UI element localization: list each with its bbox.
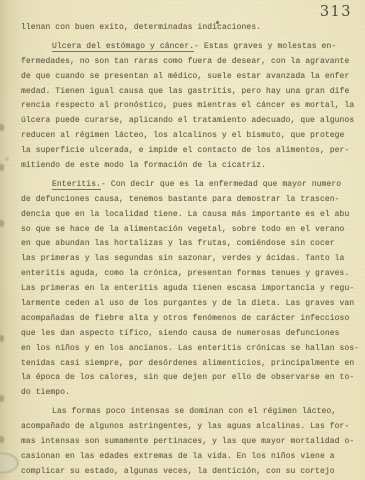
- text-line: la superficie ulcerada, e impide el cont…: [21, 144, 351, 159]
- text-line: rencia respecto al pronóstico, pues mien…: [21, 99, 351, 114]
- text-line: complicar su estado, algunas veces, la d…: [21, 465, 351, 480]
- scanned-document-page: 313 llenan con buen exito, determinadas …: [0, 0, 365, 480]
- text-line: larmente ceden al uso de los purgantes y…: [21, 297, 351, 312]
- text-line: Las formas poco intensas se dominan con …: [21, 405, 351, 420]
- page-number: 313: [320, 4, 352, 20]
- binding-edge-mark: [0, 436, 4, 443]
- paragraph: llenan con buen exito, determinadas indi…: [21, 21, 351, 36]
- binding-edge-mark: [0, 335, 4, 342]
- text-line: que les dan aspecto tífico, siendo causa…: [21, 327, 351, 342]
- text-line: medad. Tienen igual causa que las gastri…: [21, 85, 351, 100]
- section-heading: Enteritis.: [52, 180, 101, 191]
- text-line: mitiendo de este modo la formación de la…: [21, 159, 351, 174]
- text-line: en que abundan las hortalizas y las frut…: [21, 237, 351, 252]
- text-line: de que cuando se presentan al médico, su…: [21, 70, 351, 85]
- text-line: mas intensas son sumamente pertinaces, y…: [21, 435, 351, 450]
- binding-edge-mark: [0, 220, 4, 227]
- text-line: enteritis aguda, como la crónica, presen…: [21, 267, 351, 282]
- text-line: casionan en las edades extremas de la vi…: [21, 450, 351, 465]
- text-line: Ulcera del estómago y cáncer.- Estas gra…: [21, 40, 351, 55]
- line-text: - Estas graves y molestas en-: [194, 42, 336, 51]
- text-line: fermedades, no son tan raras como fuera …: [21, 55, 351, 70]
- paragraph: Ulcera del estómago y cáncer.- Estas gra…: [21, 40, 351, 174]
- section-heading: Ulcera del estómago y cáncer.: [52, 42, 194, 53]
- paragraph: Enteritis.- Con decir que es la enfermed…: [21, 178, 351, 401]
- text-line: reducen al régimen lácteo, los alcalinos…: [21, 129, 351, 144]
- text-line: Enteritis.- Con decir que es la enfermed…: [21, 178, 351, 193]
- text-line: la época de los calores, sin que dejen p…: [21, 371, 351, 386]
- paper-speck: [5, 157, 9, 161]
- text-line: de defunciones causa, tenemos bastante p…: [21, 193, 351, 208]
- text-line: las primeras y las segundas sin sazonar,…: [21, 252, 351, 267]
- line-text: - Con decir que es la enfermedad que may…: [101, 180, 341, 189]
- text-line: tenidas casi siempre, por desórdenes ali…: [21, 357, 351, 372]
- text-line: acompañado de algunos astringentes, y la…: [21, 420, 351, 435]
- embossed-oval-stamp: [0, 452, 19, 474]
- binding-edge-mark: [0, 395, 4, 402]
- text-line: dencia que en la localidad tiene. La cau…: [21, 208, 351, 223]
- text-block: llenan con buen exito, determinadas indi…: [21, 21, 351, 480]
- text-line: do tiempo.: [21, 386, 351, 401]
- text-line: acompañadas de fiebre alta y otros fenóm…: [21, 312, 351, 327]
- text-line: Las primeras en la enteritis aguda tiene…: [21, 282, 351, 297]
- text-line: llenan con buen exito, determinadas indi…: [21, 21, 351, 36]
- text-line: so que se hace de la alimentación vegeta…: [21, 223, 351, 238]
- paragraph: Las formas poco intensas se dominan con …: [21, 405, 351, 479]
- binding-edge-mark: [0, 124, 4, 131]
- text-line: en los niños y en los ancianos. Las ente…: [21, 342, 351, 357]
- binding-edge-mark: [0, 164, 4, 171]
- text-line: úlcera puede curarse, aplicando el trata…: [21, 114, 351, 129]
